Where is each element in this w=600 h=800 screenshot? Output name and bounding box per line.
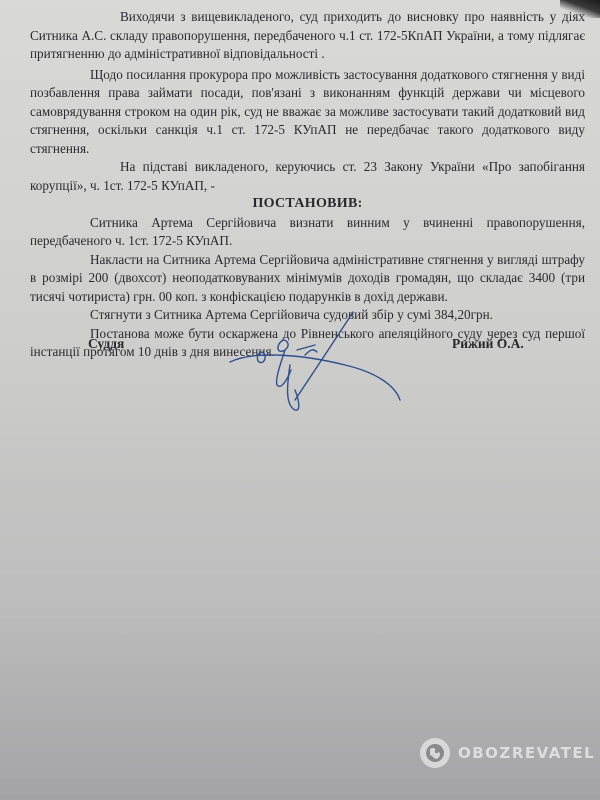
paragraph-legal-basis: На підставі викладеного, керуючись ст. 2… — [30, 158, 585, 195]
obozrevatel-watermark: OBOZREVATEL — [420, 735, 595, 771]
paragraph-conclusion: Виходячи з вищевикладеного, суд приходит… — [30, 8, 585, 64]
watermark-text: OBOZREVATEL — [458, 744, 595, 762]
resolution-guilty: Ситника Артема Сергійовича визнати винни… — [30, 214, 585, 251]
resolution-fine: Накласти на Ситника Артема Сергійовича а… — [30, 251, 585, 307]
resolution-title: ПОСТАНОВИВ: — [30, 195, 585, 214]
handwritten-signature — [225, 310, 425, 430]
paragraph-prosecutor: Щодо посилання прокурора про можливість … — [30, 66, 585, 159]
court-decision-page: Виходячи з вищевикладеного, суд приходит… — [30, 8, 585, 362]
globe-icon — [420, 738, 450, 768]
judge-name: Рижий О.А. — [452, 336, 524, 352]
judge-label: Суддя — [88, 336, 124, 352]
